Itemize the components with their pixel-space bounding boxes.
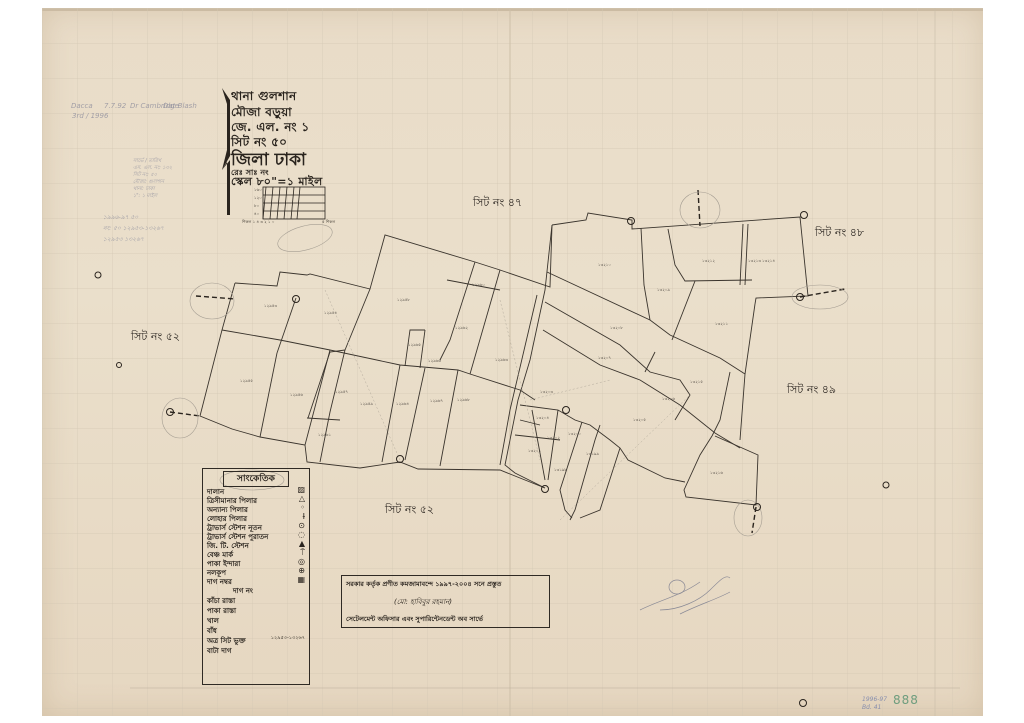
pencil-note: এস. এল. নং: ১৩২ <box>133 165 172 172</box>
legend-title: সাংকেতিক <box>223 471 289 487</box>
svg-text:১৩২০৫: ১৩২০৫ <box>633 417 646 422</box>
certificate-line-3: সেটেলমেন্ট অফিসার এবং সুপারিন্টেনডেন্ট অ… <box>346 614 483 625</box>
tubewell-icon: ⊕ <box>298 566 305 575</box>
stamp-number: 888 <box>893 693 919 707</box>
svg-text:১২৯৫৭: ১২৯৫৭ <box>335 389 348 394</box>
scale-row-3: ৮০ <box>254 202 262 210</box>
svg-text:১৩২১৪: ১৩২১৪ <box>762 258 775 263</box>
traverse-station-old-icon: ◌ <box>298 530 305 539</box>
svg-text:১৩২০২: ১৩২০২ <box>547 435 560 440</box>
certificate-box: সরকার কর্তৃক প্রণীত কমজামাবন্দে ১৯৯৭-২০০… <box>341 575 550 628</box>
svg-text:১৩২০৭: ১৩২০৭ <box>598 355 611 360</box>
pencil-note: Dat Blash <box>163 102 197 110</box>
svg-text:১২৯৫৯: ১২৯৫৯ <box>360 401 373 406</box>
pencil-note-date: 3rd / 1996 <box>72 112 108 120</box>
svg-text:১২৯৬৮: ১২৯৬৮ <box>457 397 470 402</box>
certificate-signature: (মো: হাবিবুর রহমান) <box>394 596 452 608</box>
svg-text:১৩২০৮: ১৩২০৮ <box>610 325 623 330</box>
svg-text:১২৯৬৫: ১২৯৬৫ <box>408 342 421 347</box>
svg-text:১৩২১০: ১৩২১০ <box>598 262 611 267</box>
svg-text:১৩২১২: ১৩২১২ <box>702 258 715 263</box>
pencil-note: ১": ১ মাইল <box>133 193 172 200</box>
svg-text:১৩২০৯: ১৩২০৯ <box>657 287 670 292</box>
iron-pillar-icon: Ɨ <box>303 512 305 521</box>
svg-text:১২৯৬২: ১২৯৬২ <box>455 325 468 330</box>
pencil-note-dacca: Dacca <box>71 102 93 110</box>
pencil-note: সিট নং: ৫০ <box>133 172 172 179</box>
svg-text:১৩১৯৮: ১৩১৯৮ <box>554 467 567 472</box>
svg-text:১৩২০৬: ১৩২০৬ <box>662 396 675 401</box>
plot-number-icon: ▦ <box>297 575 305 584</box>
svg-text:১৩২১৬: ১৩২১৬ <box>710 470 723 475</box>
svg-text:১৩২০৩: ১৩২০৩ <box>540 389 553 394</box>
svg-text:১৩২১১: ১৩২১১ <box>715 321 728 326</box>
adjacent-sheet-52-left: সিট নং ৫২ <box>131 328 180 347</box>
gt-station-icon: ▲ <box>299 539 305 548</box>
svg-text:১৩২০৪: ১৩২০৪ <box>536 415 549 420</box>
adjacent-sheet-52-bottom: সিট নং ৫২ <box>385 501 434 520</box>
scale-bar-bottom-left: শিকল ১ ৪ ৩ ২ ১ ০ <box>242 219 275 226</box>
pencil-note: 7.7.92 <box>104 102 126 110</box>
pencil-margin-table: সার্ভে / তারিখ এস. এল. নং: ১৩২ সিট নং: ৫… <box>133 158 172 200</box>
pencil-note: থানা: ঢাকা <box>133 186 172 193</box>
svg-text:১৩১৯৯: ১৩১৯৯ <box>586 451 599 456</box>
svg-text:১২৯৬৬: ১২৯৬৬ <box>428 358 441 363</box>
svg-text:১২৯৫৩: ১২৯৫৩ <box>264 303 277 308</box>
svg-text:১৩২০১: ১৩২০১ <box>528 448 541 453</box>
scale-row-1: ১৬০ <box>254 186 262 194</box>
pencil-note-bd: Bd. 41 <box>862 704 881 711</box>
svg-text:১৩২০০: ১৩২০০ <box>568 431 581 436</box>
scale-row-4: ৪০ <box>254 210 262 218</box>
svg-text:১২৯৬৩: ১২৯৬৩ <box>495 357 508 362</box>
adjacent-sheet-49: সিট নং ৪৯ <box>787 381 836 400</box>
svg-text:১৩২১৫: ১৩২১৫ <box>690 379 703 384</box>
pencil-note-year: 1996-97 <box>862 696 887 703</box>
map-legend: সাংকেতিক দালান ▨ ত্রিসীমানার পিলার △ অন্… <box>202 468 310 685</box>
tri-junction-pillar-icon: △ <box>299 494 305 503</box>
svg-text:১২৯৬১: ১২৯৬১ <box>318 432 331 437</box>
svg-text:১২৯৬৪: ১২৯৬৪ <box>396 401 409 406</box>
svg-text:১২৯৬৭: ১২৯৬৭ <box>430 398 443 403</box>
svg-text:১২৯৫৪: ১২৯৫৪ <box>324 310 337 315</box>
other-pillar-icon: ◦ <box>300 503 305 512</box>
svg-text:১২৯৫৫: ১২৯৫৫ <box>240 378 253 383</box>
plot-range: ১২৯৫৩-১৩২৬৭ <box>271 635 305 643</box>
svg-text:১৩২১৩: ১৩২১৩ <box>748 258 761 263</box>
pencil-margin-lines: ১৯৯৬-৯৭ ৫০ নং: ৫০ ১২৯৫৩-১৩২৬৭ ১২৯৫৩ ১৩২৬… <box>103 212 164 245</box>
legend-item: দাগ নং <box>233 585 253 597</box>
pencil-note: মৌজা: গুলশান <box>133 179 172 186</box>
legend-item: বাটা দাগ <box>207 645 232 657</box>
traverse-station-new-icon: ⊙ <box>298 521 305 530</box>
adjacent-sheet-47: সিট নং ৪৭ <box>473 194 522 213</box>
pencil-note: ১৯৯৬-৯৭ ৫০ <box>103 212 164 223</box>
certificate-line-1: সরকার কর্তৃক প্রণীত কমজামাবন্দে ১৯৯৭-২০০… <box>346 579 501 590</box>
pencil-note: সার্ভে / তারিখ <box>133 158 172 165</box>
pencil-note: ১২৯৫৩ ১৩২৬৭ <box>103 234 164 245</box>
legend-item: দাগ নম্বর <box>207 576 232 588</box>
svg-text:১২৯৫৮: ১২৯৫৮ <box>397 297 410 302</box>
scale-bar-row-labels: ১৬০ ১২০ ৮০ ৪০ <box>254 186 262 218</box>
svg-text:১২৯৬০: ১২৯৬০ <box>472 282 485 287</box>
scale-bar-bottom-right: ৫ শিকল <box>322 219 335 226</box>
pencil-note: নং: ৫০ ১২৯৫৩-১৩২৬৭ <box>103 223 164 234</box>
scale-row-2: ১২০ <box>254 194 262 202</box>
scale-label: স্কেল ৮০"=১ মাইল <box>231 173 322 192</box>
svg-text:১২৯৫৬: ১২৯৫৬ <box>290 392 303 397</box>
adjacent-sheet-48: সিট নং ৪৮ <box>815 224 864 243</box>
pucca-well-icon: ◎ <box>298 557 305 566</box>
building-icon: ▨ <box>297 485 305 494</box>
